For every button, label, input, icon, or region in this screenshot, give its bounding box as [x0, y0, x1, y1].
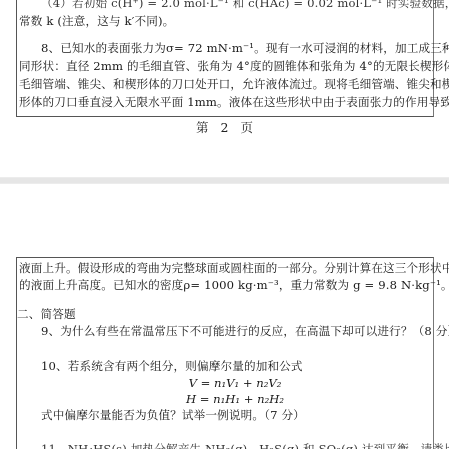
question-8-line-1: 8、已知水的表面张力为σ= 72 mN·m⁻¹。现有一水可浸润的材料，加工成三种… [19, 41, 433, 55]
page-2-content-frame: （4）若初始 c(H⁺) = 2.0 mol·L⁻¹ 和 c(HAc) = 0.… [16, 0, 434, 117]
question-8-line-4: 形体的刀口垂直浸入无限水平面 1mm。液体在这些形状中由于表面张力的作用导致 [19, 95, 433, 109]
question-7-part-4-line-1: （4）若初始 c(H⁺) = 2.0 mol·L⁻¹ 和 c(HAc) = 0.… [19, 0, 433, 10]
page-number-prefix: 第 [196, 120, 209, 135]
page-number-suffix: 页 [240, 120, 253, 135]
document-viewer[interactable]: （4）若初始 c(H⁺) = 2.0 mol·L⁻¹ 和 c(HAc) = 0.… [0, 0, 449, 449]
question-9: 9、为什么有些在常温常压下不可能进行的反应，在高温下却可以进行？（8 分） [19, 324, 433, 338]
question-10-question: 式中偏摩尔量能否为负值？试举一例说明。（7 分） [19, 408, 433, 422]
question-10-intro: 10、若系统含有两个组分，则偏摩尔量的加和公式 [19, 359, 433, 373]
page-3-content-frame: 液面上升。假设形成的弯曲为完整球面或圆柱面的一部分。分别计算在这三个形状中 的液… [16, 257, 434, 449]
page-number: 第2页 [0, 118, 449, 136]
question-8-line-2: 同形状：直径 2mm 的毛细直管、张角为 4°度的圆锥体和张角为 4°的无限长楔… [19, 59, 433, 73]
formula-enthalpy: H = n₁H₁ + n₂H₂ [17, 392, 433, 406]
question-8-line-3: 毛细管端、锥尖、和楔形体的刀口处开口，允许液体流过。现将毛细管端、锥尖和楔 [19, 77, 433, 91]
section-title-short-answer: 二、简答题 [17, 307, 433, 321]
question-11-partial: 11、NH₄HS(s) 加热分解产生 NH₃(g)、H₂S(g) 和 SO₂(g… [19, 442, 433, 449]
page-number-value: 2 [221, 120, 229, 135]
page-separator [0, 177, 449, 184]
question-7-part-4-line-2: 常数 k (注意，这与 k′不同)。 [19, 14, 433, 28]
question-8-line-6: 的液面上升高度。已知水的密度ρ= 1000 kg·m⁻³，重力常数为 g = 9… [19, 278, 433, 292]
question-8-line-5: 液面上升。假设形成的弯曲为完整球面或圆柱面的一部分。分别计算在这三个形状中 [19, 261, 433, 275]
formula-volume: V = n₁V₁ + n₂V₂ [17, 376, 433, 390]
